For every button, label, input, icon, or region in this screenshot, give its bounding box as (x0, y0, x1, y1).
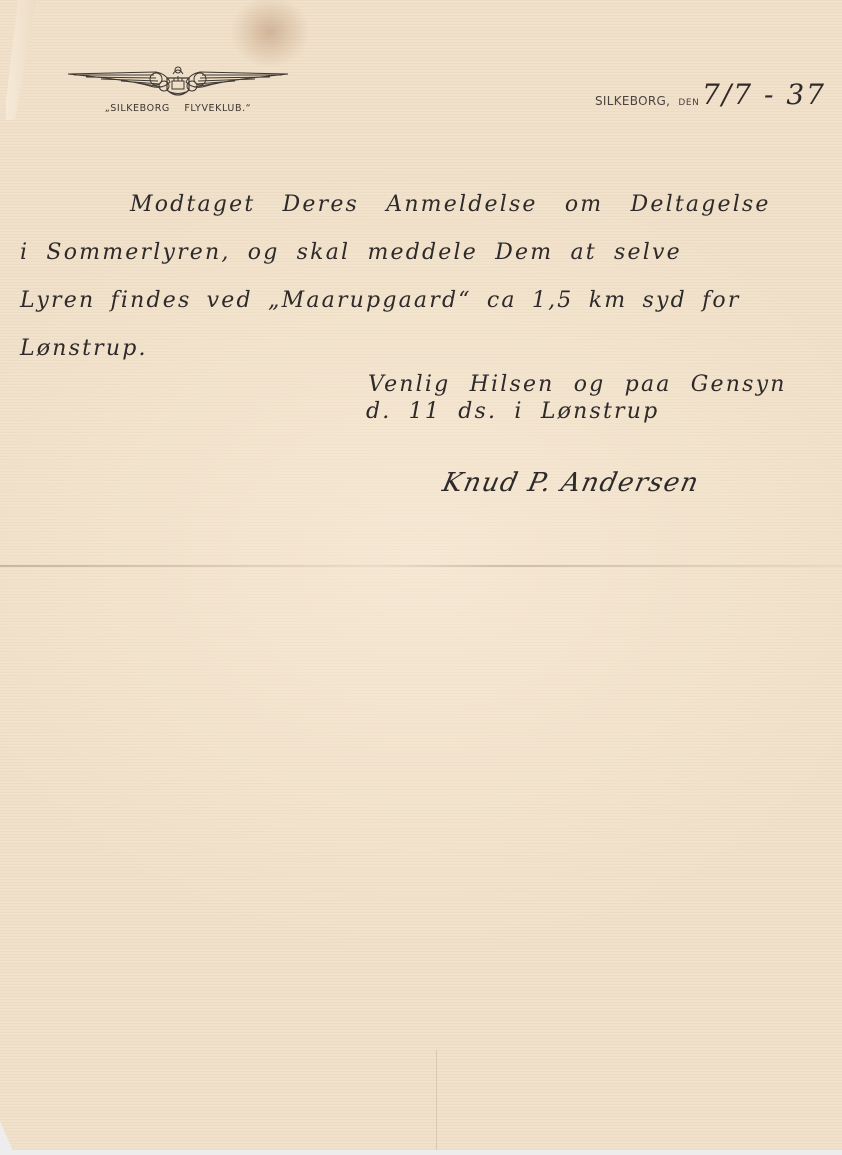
closing-line-2: d. 11 ds. i Lønstrup (366, 399, 659, 424)
folded-corner (6, 0, 36, 120)
signature: Knud P. Andersen (440, 468, 702, 498)
letterhead: „SILKEBORG FLYVEKLUB.“ (66, 64, 290, 124)
body-line-3: Lyren findes ved „Maarupgaard“ ca 1,5 km… (20, 288, 741, 313)
handwritten-date: 7/7 - 37 (702, 78, 826, 111)
vertical-fold-crease (436, 1050, 437, 1150)
printed-den: DEN (678, 98, 699, 108)
closing-line-1: Venlig Hilsen og paa Gensyn (368, 372, 787, 397)
horizontal-fold-crease (0, 565, 842, 567)
body-line-1: Modtaget Deres Anmeldelse om Deltagelse (130, 192, 771, 217)
body-line-4: Lønstrup. (20, 336, 148, 361)
club-name-left: „SILKEBORG (105, 103, 170, 114)
winged-crest-icon (66, 64, 290, 104)
club-name-right: FLYVEKLUB.“ (184, 103, 251, 114)
printed-place: SILKEBORG, (595, 94, 670, 108)
printed-place-line: SILKEBORG, DEN (595, 90, 699, 109)
club-name: „SILKEBORG FLYVEKLUB.“ (66, 103, 290, 114)
letter-paper: „SILKEBORG FLYVEKLUB.“ SILKEBORG, DEN 7/… (0, 0, 842, 1150)
body-line-2: i Sommerlyren, og skal meddele Dem at se… (20, 240, 682, 265)
